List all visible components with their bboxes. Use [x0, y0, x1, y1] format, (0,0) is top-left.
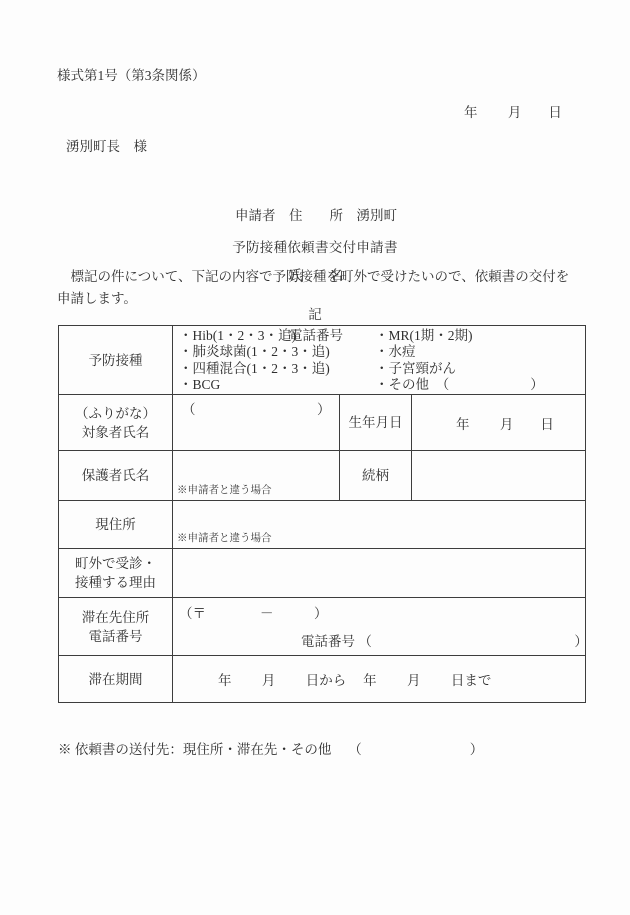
row-label-reason: 町外で受診・ 接種する理由 — [59, 549, 173, 598]
row-label-guardian: 保護者氏名 — [59, 451, 173, 501]
vaccination-options-right: ・MR(1期・2期) ・水痘 ・子宮頸がん ・その他 （ ） — [375, 328, 571, 394]
list-heading: 記 — [0, 303, 630, 323]
vaccine-option: ・Hib(1・2・3・追) — [179, 328, 375, 344]
application-form-page: 様式第1号（第3条関係） 年 月 日 湧別町長 様 申請者 住 所 湧別町 氏 … — [0, 0, 630, 915]
date-line: 年 月 日 — [464, 101, 562, 121]
vaccine-option: ・その他 （ ） — [375, 377, 571, 393]
guardian-name-field-cell: ※申請者と違う場合 — [173, 451, 340, 501]
document-title: 予防接種依頼書交付申請書 — [0, 236, 630, 256]
relation-value-cell — [412, 451, 585, 501]
stay-period-value-cell: 年 月 日から 年 月 日まで — [173, 656, 585, 702]
vaccine-option: ・子宮頸がん — [375, 361, 571, 377]
vaccine-option: ・MR(1期・2期) — [375, 328, 571, 344]
birthdate-value-cell: 年 月 日 — [412, 395, 585, 451]
vaccination-options-cell: ・Hib(1・2・3・追) ・肺炎球菌(1・2・3・追) ・四種混合(1・2・3… — [173, 326, 585, 395]
footer-note: ※ 依頼書の送付先：現住所・滞在先・その他 （ ） — [58, 738, 483, 758]
row-label-stay-period: 滞在期間 — [59, 656, 173, 702]
vaccination-options-left: ・Hib(1・2・3・追) ・肺炎球菌(1・2・3・追) ・四種混合(1・2・3… — [179, 328, 375, 394]
row-label-vaccination: 予防接種 — [59, 326, 173, 395]
reason-field-cell — [173, 549, 585, 598]
phone-number-line: 電話番号 （ ） — [301, 630, 585, 650]
postal-code-line: （〒 － ） — [179, 602, 328, 622]
addressee: 湧別町長 様 — [66, 135, 147, 155]
applicant-address-line: 申請者 住 所 湧別町 — [235, 206, 397, 226]
row-label-stay-address: 滞在先住所 電話番号 — [59, 598, 173, 656]
current-address-note: ※申請者と違う場合 — [177, 530, 272, 545]
body-line-1: 標記の件について、下記の内容で予防接種を町外で受けたいので、依頼書の交付を — [71, 269, 570, 284]
vaccine-option: ・四種混合(1・2・3・追) — [179, 361, 375, 377]
current-address-field-cell: ※申請者と違う場合 — [173, 501, 585, 549]
furigana-field-cell: （ ） — [173, 395, 340, 451]
application-table: 予防接種 ・Hib(1・2・3・追) ・肺炎球菌(1・2・3・追) ・四種混合(… — [58, 325, 586, 703]
guardian-note: ※申請者と違う場合 — [177, 482, 272, 497]
birthdate-label-cell: 生年月日 — [340, 395, 412, 451]
row-label-target-person: （ふりがな） 対象者氏名 — [59, 395, 173, 451]
vaccine-option: ・肺炎球菌(1・2・3・追) — [179, 344, 375, 360]
form-number: 様式第1号（第3条関係） — [57, 64, 206, 84]
relation-label-cell: 続柄 — [340, 451, 412, 501]
stay-address-field-cell: （〒 － ） 電話番号 （ ） — [173, 598, 585, 656]
vaccine-option: ・水痘 — [375, 344, 571, 360]
row-label-current-address: 現住所 — [59, 501, 173, 549]
vaccine-option: ・BCG — [179, 377, 375, 393]
